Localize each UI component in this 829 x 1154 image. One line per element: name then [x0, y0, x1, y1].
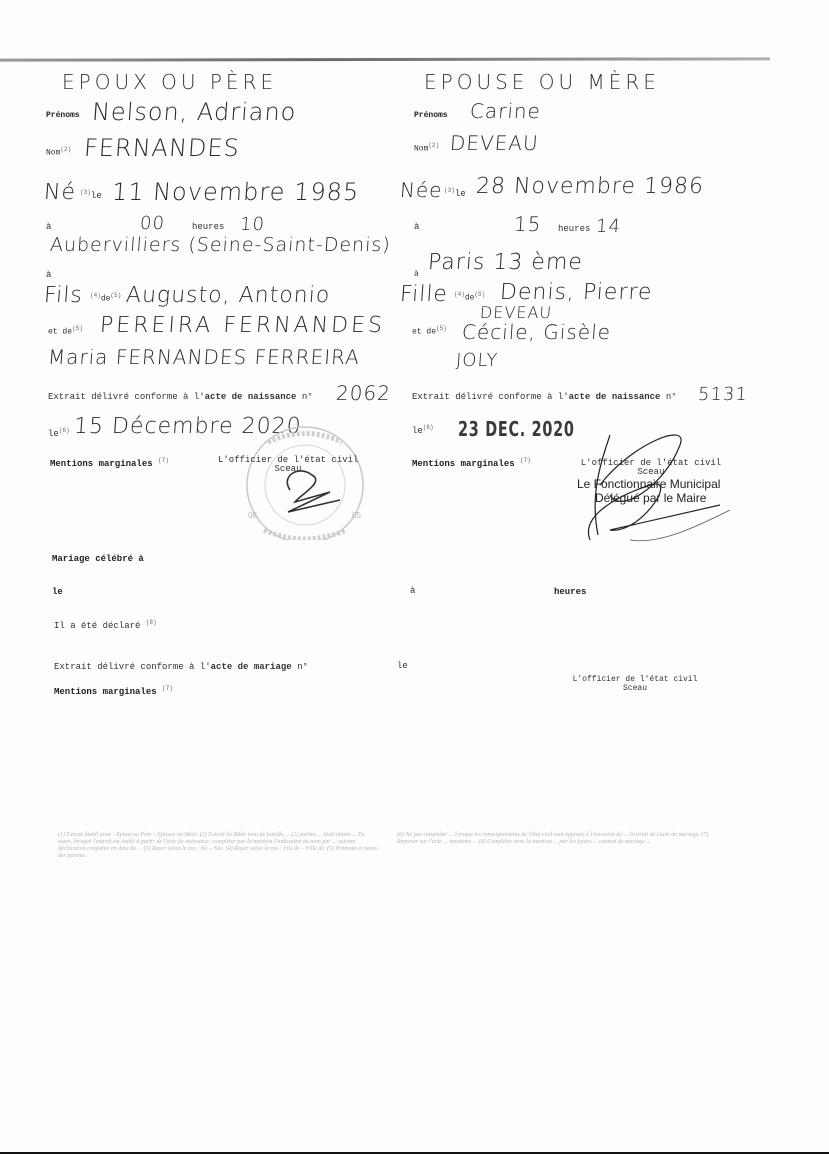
father-name: Augusto, Antonio: [125, 283, 331, 308]
nom-value: DEVEAU: [449, 131, 539, 155]
delivery-date-stamp: 23 DEC. 2020: [458, 417, 575, 441]
heures-label: heures: [558, 224, 590, 234]
et-de-label: et de(5): [412, 325, 447, 337]
extract-line: Extrait délivré conforme à l'acte de nai…: [412, 392, 677, 402]
hour-minutes: 00: [139, 213, 165, 234]
nom-label: Nom(2): [414, 142, 439, 154]
filiation-prefix: Fille: [399, 282, 449, 307]
acte-number: 2062: [335, 381, 392, 405]
scan-top-edge: [0, 57, 770, 61]
filiation-prefix: Fils: [43, 283, 83, 308]
mother-name: Cécile, Gisèle: [461, 320, 612, 344]
mariage-mentions-label: Mentions marginales (7): [54, 685, 173, 697]
le-label: (3)le: [80, 189, 102, 201]
father-surname: PEREIRA FERNANDES: [99, 313, 386, 338]
mother-surname: JOLY: [455, 350, 499, 371]
officer-signature: [570, 425, 740, 555]
mariage-a-label: à: [410, 586, 415, 596]
mariage-extract-line: Extrait délivré conforme à l'acte de mar…: [54, 662, 308, 672]
svg-text:08: 08: [248, 511, 257, 520]
prenoms-value: Carine: [469, 99, 542, 123]
a-label: à: [414, 222, 419, 232]
mother-name: Maria FERNANDES FERREIRA: [47, 345, 361, 369]
le-label: (3)le: [444, 187, 466, 199]
a-label: à: [46, 222, 51, 232]
declared-label: Il a été déclaré (8): [54, 619, 157, 631]
hour-value: 14: [595, 216, 621, 237]
mariage-heures-label: heures: [554, 587, 586, 597]
de-label: (4)de(5): [90, 292, 121, 304]
prenoms-label: Prénoms: [414, 111, 448, 120]
heures-label: heures: [192, 222, 224, 232]
officer-place: Sceau: [218, 464, 358, 474]
birthplace: Paris 13 ème: [427, 250, 584, 275]
mentions-label: Mentions marginales (7): [50, 457, 169, 469]
a2-label: à: [46, 270, 51, 280]
mentions-label: Mentions marginales (7): [412, 457, 531, 469]
extract-line: Extrait délivré conforme à l'acte de nai…: [48, 392, 313, 402]
et-de-label: et de(5): [48, 325, 83, 337]
mariage-officer-label: L'officier de l'état civil: [560, 675, 710, 684]
mariage-celebre-label: Mariage célébré à: [52, 554, 144, 564]
birthplace: Aubervilliers (Seine-Saint-Denis): [49, 234, 391, 256]
footnotes-left: (1) Extrait établi pour : Epoux ou Père …: [58, 832, 378, 860]
delivery-le: le(6): [48, 427, 70, 439]
mariage-officer-place: Sceau: [560, 684, 710, 693]
birth-date: 11 Novembre 1985: [111, 178, 360, 206]
mariage-le2-label: le: [397, 661, 408, 671]
nom-label: Nom(2): [46, 146, 71, 158]
ne-prefix: Né: [43, 180, 77, 205]
svg-text:05: 05: [352, 511, 361, 520]
father-name: Denis, Pierre: [499, 280, 653, 305]
heading-epouse: EPOUSE OU MÈRE: [424, 70, 660, 94]
mariage-le-label: le: [52, 587, 63, 597]
heading-epoux: EPOUX OU PÈRE: [62, 70, 277, 94]
footnotes-right: (6) Ne pas compléter ... lorsque les ren…: [397, 832, 717, 846]
town-hall-seal: 08 05: [230, 420, 380, 540]
prenoms-label: Prénoms: [46, 111, 80, 120]
a2-label: à: [414, 270, 419, 279]
nee-prefix: Née: [399, 178, 443, 202]
birth-date: 28 Novembre 1986: [475, 174, 705, 199]
de-label: (4)de(5): [454, 291, 485, 303]
delivery-le: le(6): [412, 424, 434, 436]
prenoms-value: Nelson, Adriano: [91, 98, 297, 126]
nom-value: FERNANDES: [83, 134, 241, 162]
acte-number: 5131: [697, 384, 748, 405]
hour-minutes: 15: [513, 212, 542, 236]
hour-value: 10: [239, 214, 265, 235]
